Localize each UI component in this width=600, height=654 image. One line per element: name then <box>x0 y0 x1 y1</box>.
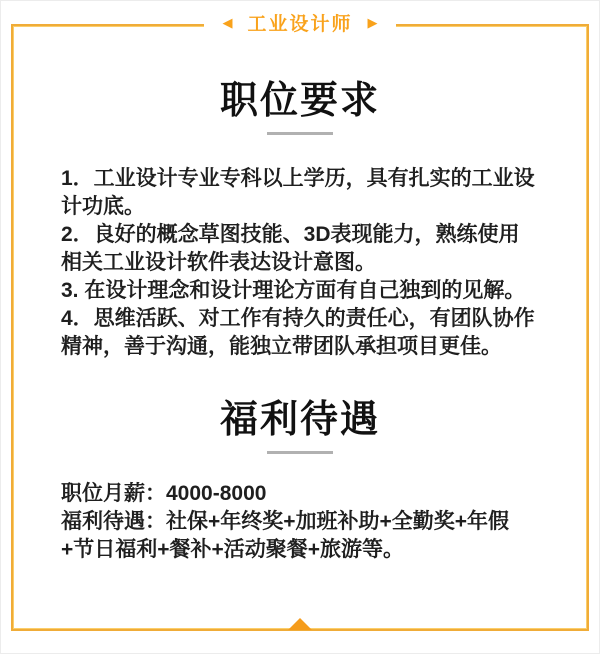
section-heading-requirements: 职位要求 <box>61 80 539 122</box>
content: 职位要求 1．工业设计专业专科以上学历，具有扎实的工业设计功底。 2．良好的概念… <box>61 24 539 564</box>
benefits-list: 职位月薪：4000-8000 福利待遇：社保+年终奖+加班补助+全勤奖+年假+节… <box>61 480 539 564</box>
requirement-item: 4．思维活跃、对工作有持久的责任心，有团队协作精神，善于沟通，能独立带团队承担项… <box>61 305 539 361</box>
salary-line: 职位月薪：4000-8000 <box>61 480 539 508</box>
up-triangle-marker-icon <box>288 618 312 630</box>
requirement-item: 2．良好的概念草图技能、3D表现能力，熟练使用相关工业设计软件表达设计意图。 <box>61 221 539 277</box>
benefits-line: 福利待遇：社保+年终奖+加班补助+全勤奖+年假+节日福利+餐补+活动聚餐+旅游等… <box>61 508 539 564</box>
job-posting-poster: ◀ 工业设计师 ▶ 职位要求 1．工业设计专业专科以上学历，具有扎实的工业设计功… <box>0 0 600 654</box>
section-heading-benefits: 福利待遇 <box>61 399 539 441</box>
heading-underline <box>267 451 333 454</box>
heading-underline <box>267 132 333 135</box>
requirement-item: 3. 在设计理念和设计理论方面有自己独到的见解。 <box>61 277 539 305</box>
requirement-item: 1．工业设计专业专科以上学历，具有扎实的工业设计功底。 <box>61 165 539 221</box>
requirements-list: 1．工业设计专业专科以上学历，具有扎实的工业设计功底。 2．良好的概念草图技能、… <box>61 165 539 361</box>
